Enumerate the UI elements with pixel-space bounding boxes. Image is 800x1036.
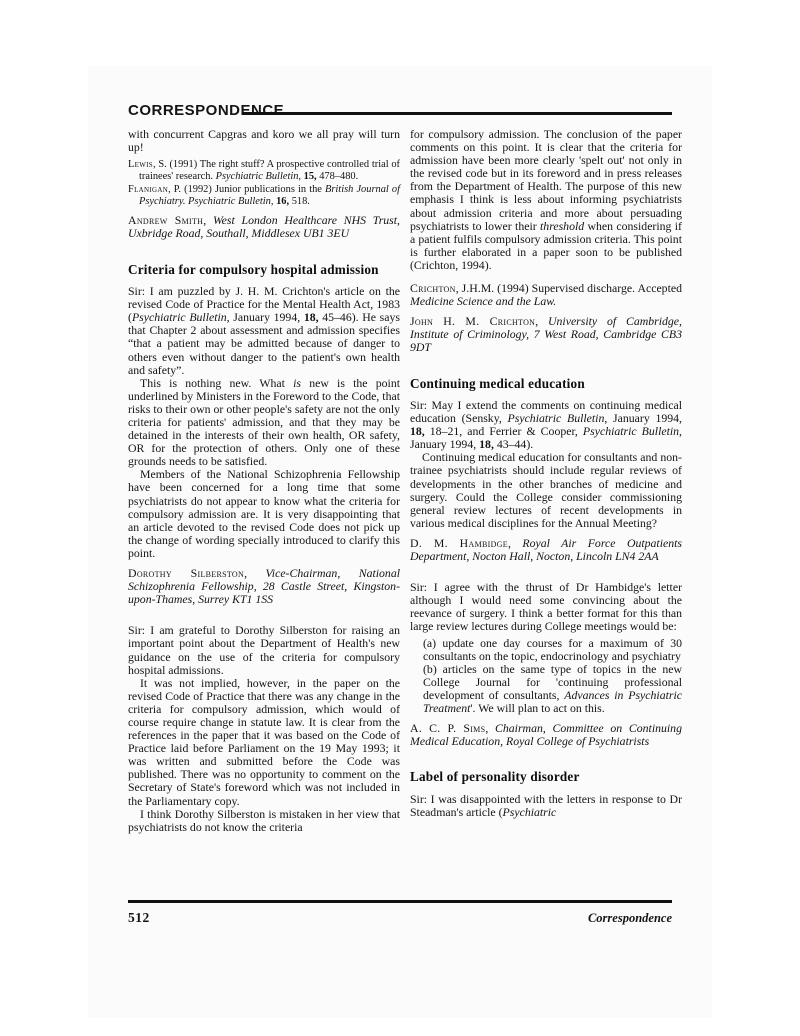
- paragraph: It was not implied, however, in the pape…: [128, 677, 400, 808]
- footer-rule: [128, 900, 672, 903]
- section-heading: Label of personality disorder: [410, 769, 682, 785]
- paragraph: Sir: I agree with the thrust of Dr Hambi…: [410, 581, 682, 633]
- page-number: 512: [128, 910, 150, 926]
- signature: Dorothy Silberston, Vice-Chairman, Natio…: [128, 567, 400, 606]
- signature: Andrew Smith, West London Healthcare NHS…: [128, 214, 400, 240]
- list-item: (b) articles on the same type of topics …: [410, 663, 682, 715]
- paragraph: Sir: May I extend the comments on contin…: [410, 399, 682, 451]
- list-item: (a) update one day courses for a maximum…: [410, 637, 682, 663]
- paragraph: for compulsory admission. The conclusion…: [410, 128, 682, 272]
- right-column: for compulsory admission. The conclusion…: [410, 128, 682, 819]
- paragraph: I think Dorothy Silberston is mistaken i…: [128, 808, 400, 834]
- section-heading: Continuing medical education: [410, 376, 682, 392]
- paragraph: Members of the National Schizophrenia Fe…: [128, 468, 400, 560]
- section-heading: Criteria for compulsory hospital admissi…: [128, 262, 400, 278]
- reference: Crichton, J.H.M. (1994) Supervised disch…: [410, 282, 682, 308]
- reference: Flanigan, P. (1992) Junior publications …: [128, 184, 400, 208]
- reference: Lewis, S. (1991) The right stuff? A pros…: [128, 159, 400, 183]
- paragraph: Continuing medical education for consult…: [410, 451, 682, 530]
- section-masthead: CORRESPONDENCE: [128, 102, 284, 119]
- paragraph: This is nothing new. What is new is the …: [128, 377, 400, 469]
- signature: D. M. Hambidge, Royal Air Force Outpatie…: [410, 537, 682, 563]
- left-column: with concurrent Capgras and koro we all …: [128, 128, 400, 834]
- signature: John H. M. Crichton, University of Cambr…: [410, 315, 682, 354]
- paragraph: with concurrent Capgras and koro we all …: [128, 128, 400, 154]
- paragraph: Sir: I was disappointed with the letters…: [410, 793, 682, 819]
- masthead-rule: [242, 112, 672, 115]
- running-title: Correspondence: [410, 911, 672, 926]
- paragraph: Sir: I am puzzled by J. H. M. Crichton's…: [128, 285, 400, 377]
- signature: A. C. P. Sims, Chairman, Committee on Co…: [410, 722, 682, 748]
- paragraph: Sir: I am grateful to Dorothy Silberston…: [128, 624, 400, 676]
